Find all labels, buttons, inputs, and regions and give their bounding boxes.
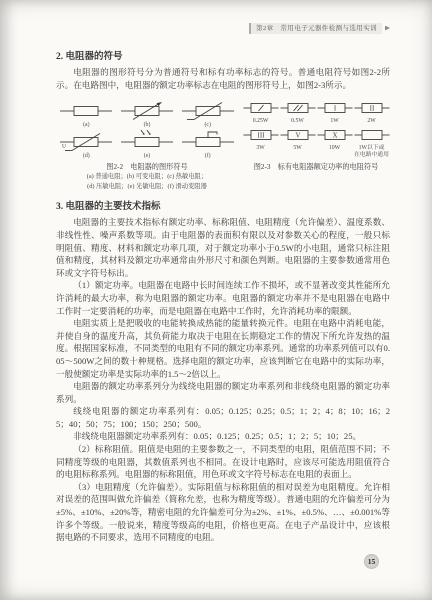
figure-2-3-symbols: 0.25W0.5WI1WII2WIII3WV5WX10W1W以下或在电路中通用 (242, 98, 390, 159)
section-3-heading: 3. 电阻器的主要技术指标 (56, 198, 390, 212)
figures-row: (a)(b)(c)U(d)(e)(f) 0.25W0.5WI1WII2WIII3… (56, 98, 390, 160)
figure-2-2-symbols: (a)(b)(c)U(d)(e)(f) (56, 98, 238, 160)
symbol-label: (f) (205, 153, 211, 160)
resistor-symbol-plain: (a) (56, 98, 117, 129)
symbol-label: (c) (204, 122, 210, 129)
power-rated-resistor-symbol: 0.5W (279, 98, 316, 125)
symbol-label: (a) (83, 122, 89, 129)
figure-2-3-caption-block: 图2-3 标有电阻器额定功率的电阻符号 (242, 163, 390, 191)
figure-2-3: 0.25W0.5WI1WII2WIII3WV5WX10W1W以下或在电路中通用 (242, 98, 390, 160)
resistor-symbol-tap: (f) (177, 129, 238, 160)
symbol-label: 1W (330, 118, 338, 125)
power-rated-resistor-symbol: 1W以下或在电路中通用 (353, 125, 390, 159)
figure-2-3-caption: 图2-3 标有电阻器额定功率的电阻符号 (242, 163, 390, 172)
page-header: 第2章 常用电子元器件检测与选用实训 (56, 22, 390, 34)
page-number: 15 (364, 554, 379, 569)
figure-2-2-caption: 图2-2 电阻器的图形符号 (56, 163, 238, 172)
symbol-label: 在电路中通用 (354, 152, 389, 159)
symbol-label: (b) (144, 122, 151, 129)
symbol-label: 3W (256, 145, 264, 152)
power-rated-resistor-symbol: X10W (316, 125, 353, 159)
captions-row: 图2-2 电阻器的图形符号 (a) 普通电阻；(b) 可变电阻；(c) 热敏电阻… (56, 163, 390, 191)
book-page: 第2章 常用电子元器件检测与选用实训 2. 电阻器的符号 电阻器的图形符号分为普… (0, 0, 432, 600)
chapter-arrow-icon (385, 26, 390, 31)
symbol-label: 0.5W (291, 118, 304, 125)
svg-text:I: I (333, 105, 336, 113)
symbol-label: 10W (329, 145, 340, 152)
power-rated-resistor-symbol: 0.25W (242, 98, 279, 125)
section-2-paragraph: 电阻器的图形符号分为普通符号和标有功率标志的符号。普通电阻符号如图2-2所示。在… (56, 66, 390, 91)
section-3-paragraph-2: （1）额定功率。电阻器在电路中长时间连续工作不损坏，或不显著改变其性能所允许消耗… (56, 279, 390, 317)
figure-2-2-caption-block: 图2-2 电阻器的图形符号 (a) 普通电阻；(b) 可变电阻；(c) 热敏电阻… (56, 163, 238, 191)
power-rated-resistor-symbol: I1W (316, 98, 353, 125)
figure-2-2-subcaption-2: (d) 压敏电阻；(e) 光敏电阻；(f) 滑动变阻器 (56, 183, 238, 192)
section-3-paragraph-6: 非线绕电阻器额定功率系列有：0.05；0.125；0.25；0.5；1；2；5；… (56, 430, 390, 443)
figure-2-2-subcaption-1: (a) 普通电阻；(b) 可变电阻；(c) 热敏电阻； (56, 173, 238, 182)
resistor-symbol-thermistor: (c) (177, 98, 238, 129)
svg-text:II: II (369, 105, 374, 113)
figure-2-2: (a)(b)(c)U(d)(e)(f) (56, 98, 238, 160)
chapter-title: 第2章 常用电子元器件检测与选用实训 (249, 23, 382, 34)
section-2-heading: 2. 电阻器的符号 (56, 48, 390, 62)
symbol-label: 0.25W (253, 118, 269, 125)
section-3-paragraph-1: 电阻器的主要技术指标有额定功率、标称阻值、电阻精度（允许偏差）、温度系数、非线性… (56, 216, 390, 279)
power-rated-resistor-symbol: II2W (353, 98, 390, 125)
power-rated-resistor-symbol: V5W (279, 125, 316, 159)
section-3-paragraph-4: 电阻器的额定功率系列分为线绕电阻器的额定功率系列和非线绕电阻器的额定功率系列。 (56, 380, 390, 405)
symbol-label: (d) (83, 153, 90, 160)
symbol-label: 5W (293, 145, 301, 152)
section-3-paragraph-3: 电阻实质上是把吸收的电能转换成热能的能量转换元件。电阻在电路中消耗电能，并使自身… (56, 317, 390, 380)
resistor-symbol-arrow: (b) (117, 98, 178, 129)
symbol-label: 2W (367, 118, 375, 125)
resistor-symbol-photo: (e) (117, 129, 178, 160)
section-3-paragraph-5: 线绕电阻器的额定功率系列有：0.05；0.125；0.25；0.5；1；2；4；… (56, 405, 390, 430)
page-content: 第2章 常用电子元器件检测与选用实训 2. 电阻器的符号 电阻器的图形符号分为普… (56, 22, 390, 544)
section-3-paragraph-7: （2）标称阻值。阻值是电阻的主要参数之一，不同类型的电阻，阻值范围不同；不同精度… (56, 443, 390, 481)
power-rated-resistor-symbol: III3W (242, 125, 279, 159)
resistor-symbol-varistor: U(d) (56, 129, 117, 160)
svg-text:V: V (295, 132, 300, 140)
svg-text:X: X (332, 132, 337, 140)
section-3-paragraph-8: （3）电阻精度（允许偏差）。实际阻值与标称阻值的相对误差为电阻精度。允许相对误差… (56, 481, 390, 544)
svg-text:U: U (62, 144, 66, 150)
svg-text:III: III (257, 132, 265, 140)
symbol-label: (e) (144, 153, 150, 160)
